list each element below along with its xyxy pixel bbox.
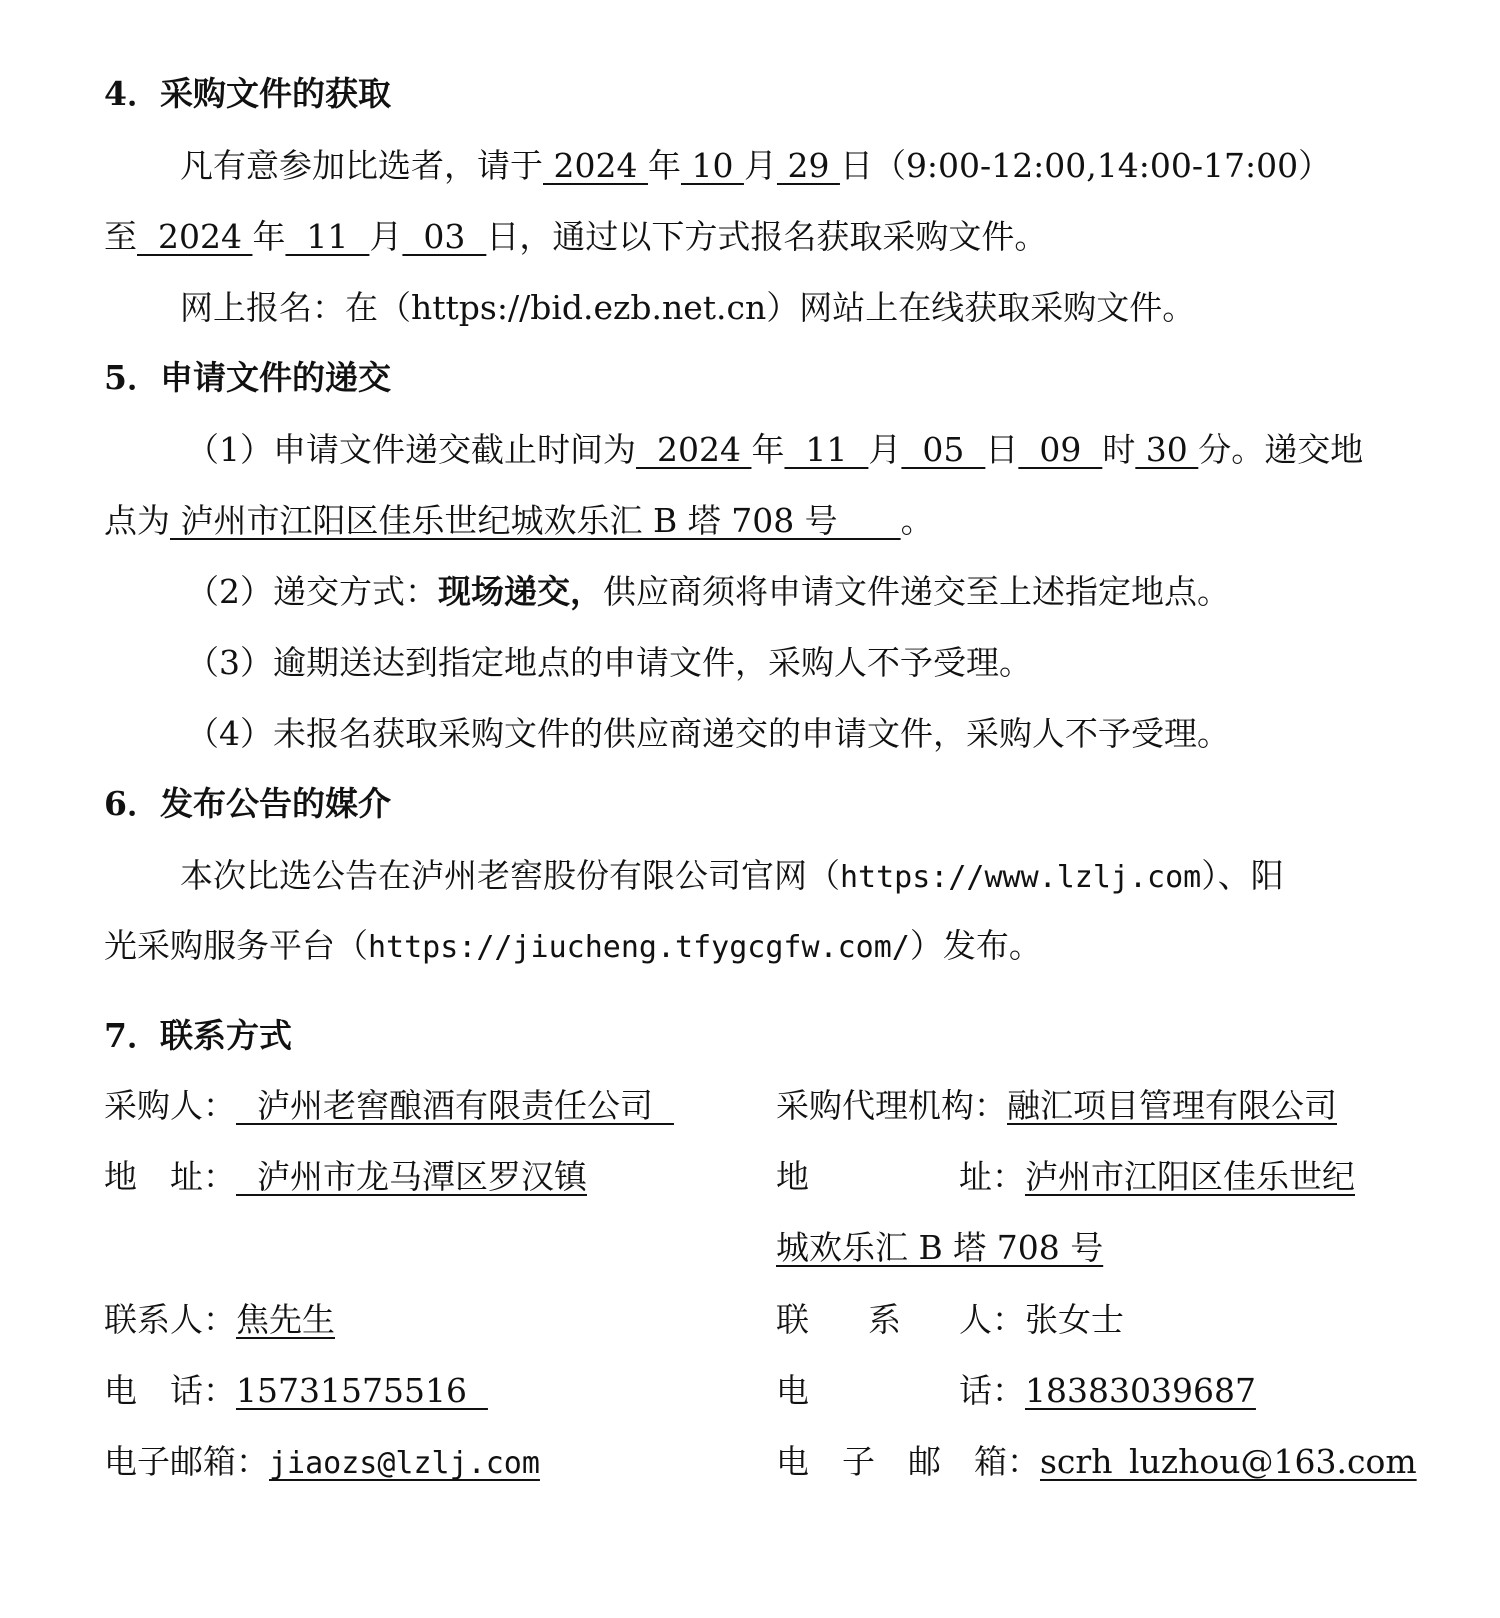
section-7-heading: 7．联系方式 [104,1016,292,1056]
agency-name-row: 采购代理机构：融汇项目管理有限公司 [776,1086,1337,1126]
lzlj-url-link[interactable]: https://www.lzlj.com [840,860,1201,895]
agency-address-line-1: 泸州市江阳区佳乐世纪 [1025,1157,1355,1196]
deadline-year: 2024 [636,430,751,469]
section-4-paragraph-2: 至 2024 年 11 月 03 日，通过以下方式报名获取采购文件。 [104,217,1047,257]
agency-name: 融汇项目管理有限公司 [1007,1086,1337,1125]
deadline-day: 05 [901,430,985,469]
media-paragraph-1: 本次比选公告在泸州老窖股份有限公司官网（https://www.lzlj.com… [180,856,1284,898]
section-6-heading: 6．发布公告的媒介 [104,784,391,824]
purchaser-address-row: 地 址： 泸州市龙马潭区罗汉镇 [104,1157,587,1197]
agency-phone: 18383039687 [1025,1371,1256,1410]
submission-address: 泸州市江阳区佳乐世纪城欢乐汇 B 塔 708 号 [170,501,901,540]
submission-location: 点为 泸州市江阳区佳乐世纪城欢乐汇 B 塔 708 号 。 [104,501,934,541]
agency-phone-row: 电话：18383039687 [776,1371,1256,1411]
online-registration-text: 网上报名：在（https://bid.ezb.net.cn）网站上在线获取采购文… [180,288,1195,328]
purchaser-email-link[interactable]: jiaozs@lzlj.com [269,1446,540,1481]
purchaser-phone-row: 电 话：15731575516 [104,1371,488,1411]
section-5-heading: 5．申请文件的递交 [104,358,391,398]
jiucheng-url-link[interactable]: https://jiucheng.tfygcgfw.com/ [368,930,910,965]
purchaser-contact-row: 联系人：焦先生 [104,1300,335,1340]
agency-email-link[interactable]: scrh_luzhou@163.com [1040,1442,1417,1481]
purchaser-name: 泸州老窖酿酒有限责任公司 [236,1086,674,1125]
submission-method-bold: 现场递交， [438,572,603,611]
agency-contact: 张女士 [1025,1300,1124,1339]
purchaser-address: 泸州市龙马潭区罗汉镇 [236,1157,587,1196]
agency-contact-row: 联系人：张女士 [776,1300,1124,1340]
purchaser-contact: 焦先生 [236,1300,335,1339]
purchaser-email-row: 电子邮箱：jiaozs@lzlj.com [104,1442,540,1484]
late-submission-note: （3）逾期送达到指定地点的申请文件，采购人不予受理。 [186,643,1032,683]
section-4-heading: 4．采购文件的获取 [104,74,391,114]
end-year: 2024 [137,217,252,256]
purchaser-phone: 15731575516 [236,1371,488,1410]
section-4-paragraph-1: 凡有意参加比选者，请于 2024 年 10 月 29 日（9:00-12:00,… [180,146,1331,186]
start-year: 2024 [543,146,648,185]
deadline-month: 11 [784,430,868,469]
agency-address-line-2: 城欢乐汇 B 塔 708 号 [776,1228,1103,1267]
end-day: 03 [402,217,486,256]
purchaser-name-row: 采购人： 泸州老窖酿酒有限责任公司 [104,1086,674,1126]
start-day: 29 [777,146,840,185]
end-month: 11 [285,217,369,256]
media-paragraph-2: 光采购服务平台（https://jiucheng.tfygcgfw.com/）发… [104,926,1042,968]
agency-address-continuation: 城欢乐汇 B 塔 708 号 [776,1228,1103,1268]
submission-method: （2）递交方式：现场递交，供应商须将申请文件递交至上述指定地点。 [186,572,1230,612]
deadline-hour: 09 [1018,430,1102,469]
unregistered-note: （4）未报名获取采购文件的供应商递交的申请文件，采购人不予受理。 [186,714,1230,754]
deadline-minute: 30 [1135,430,1198,469]
agency-address-row: 地址：泸州市江阳区佳乐世纪 [776,1157,1355,1197]
submission-deadline: （1）申请文件递交截止时间为 2024 年 11 月 05 日 09 时 30 … [186,430,1363,470]
agency-email-row: 电 子 邮 箱：scrh_luzhou@163.com [776,1442,1417,1482]
start-month: 10 [681,146,744,185]
